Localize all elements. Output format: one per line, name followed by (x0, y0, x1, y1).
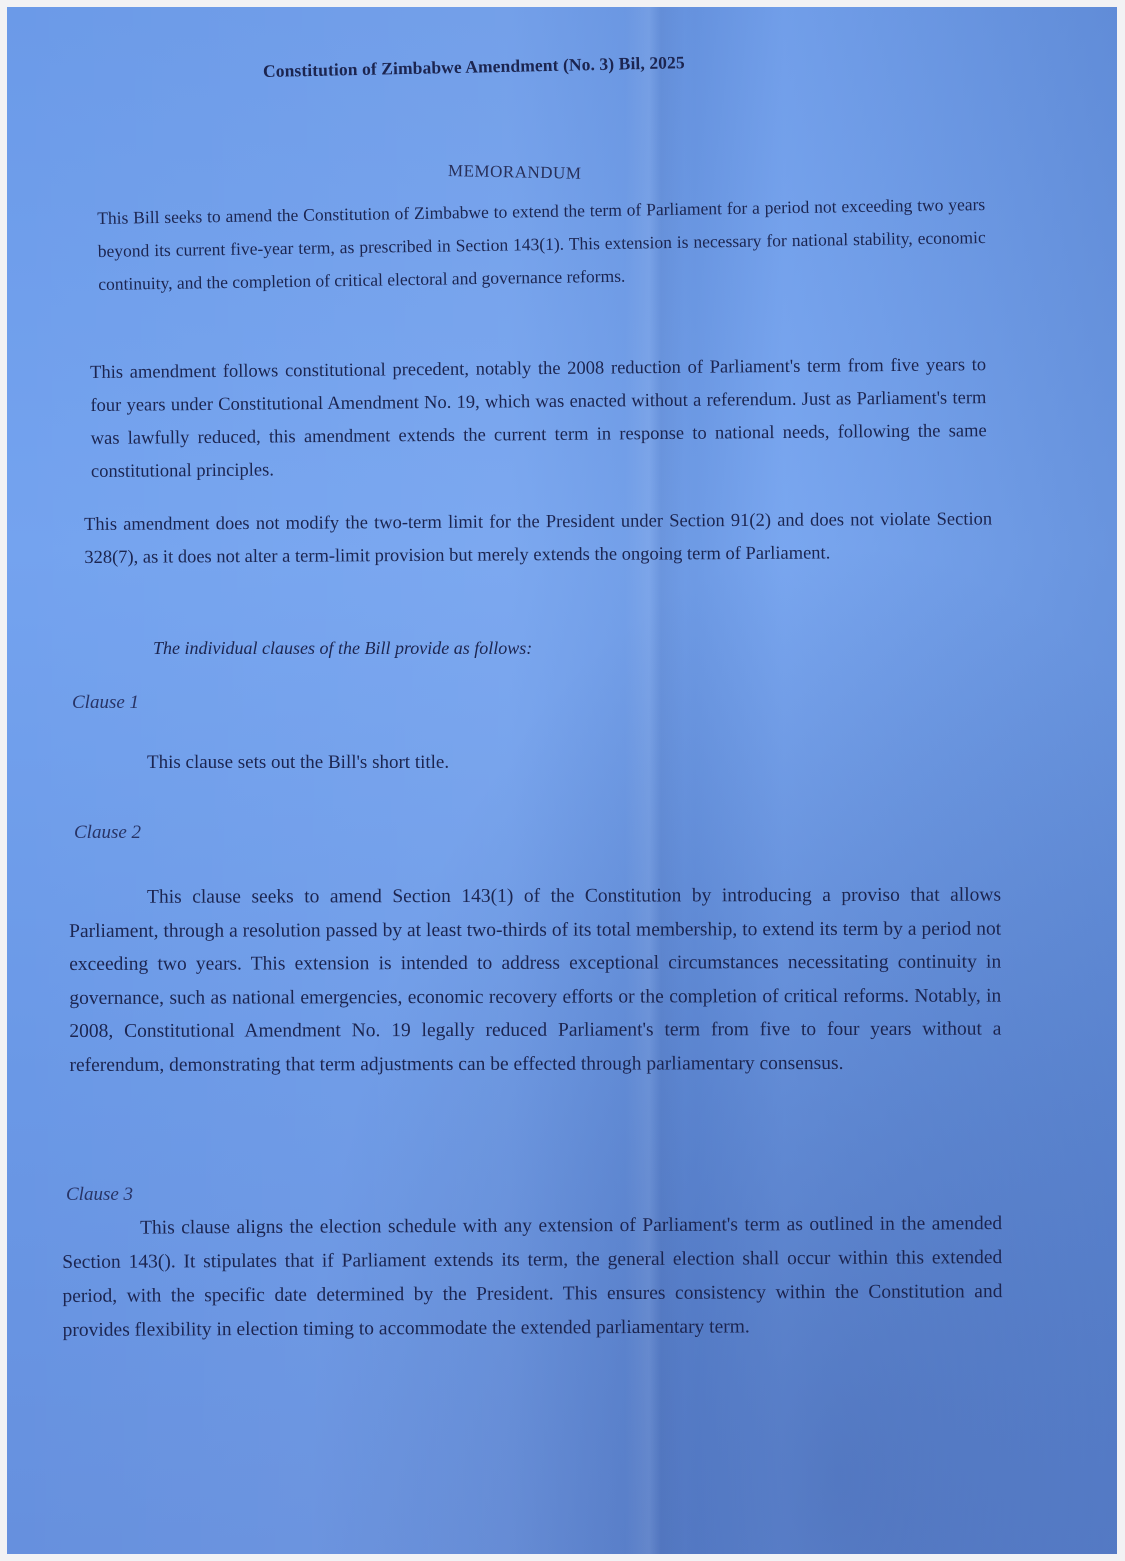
clause-3-label: Clause 3 (66, 1184, 133, 1206)
memorandum-heading: MEMORANDUM (448, 161, 582, 184)
clauses-intro: The individual clauses of the Bill provi… (153, 638, 532, 659)
clause-1-label: Clause 1 (72, 692, 139, 714)
bill-title: Constitution of Zimbabwe Amendment (No. … (263, 49, 823, 82)
memo-paragraph-precedent: This amendment follows constitutional pr… (90, 349, 987, 489)
clause-2-text: This clause seeks to amend Section 143(1… (69, 879, 1002, 1082)
clause-3-text: This clause aligns the election schedule… (62, 1207, 1003, 1348)
clause-1-text: This clause sets out the Bill's short ti… (147, 752, 449, 774)
memo-paragraph-term-limit: This amendment does not modify the two-t… (84, 503, 992, 575)
memo-paragraph-purpose: This Bill seeks to amend the Constitutio… (97, 188, 986, 301)
document-photo: Constitution of Zimbabwe Amendment (No. … (7, 7, 1117, 1554)
clause-2-label: Clause 2 (74, 822, 141, 844)
